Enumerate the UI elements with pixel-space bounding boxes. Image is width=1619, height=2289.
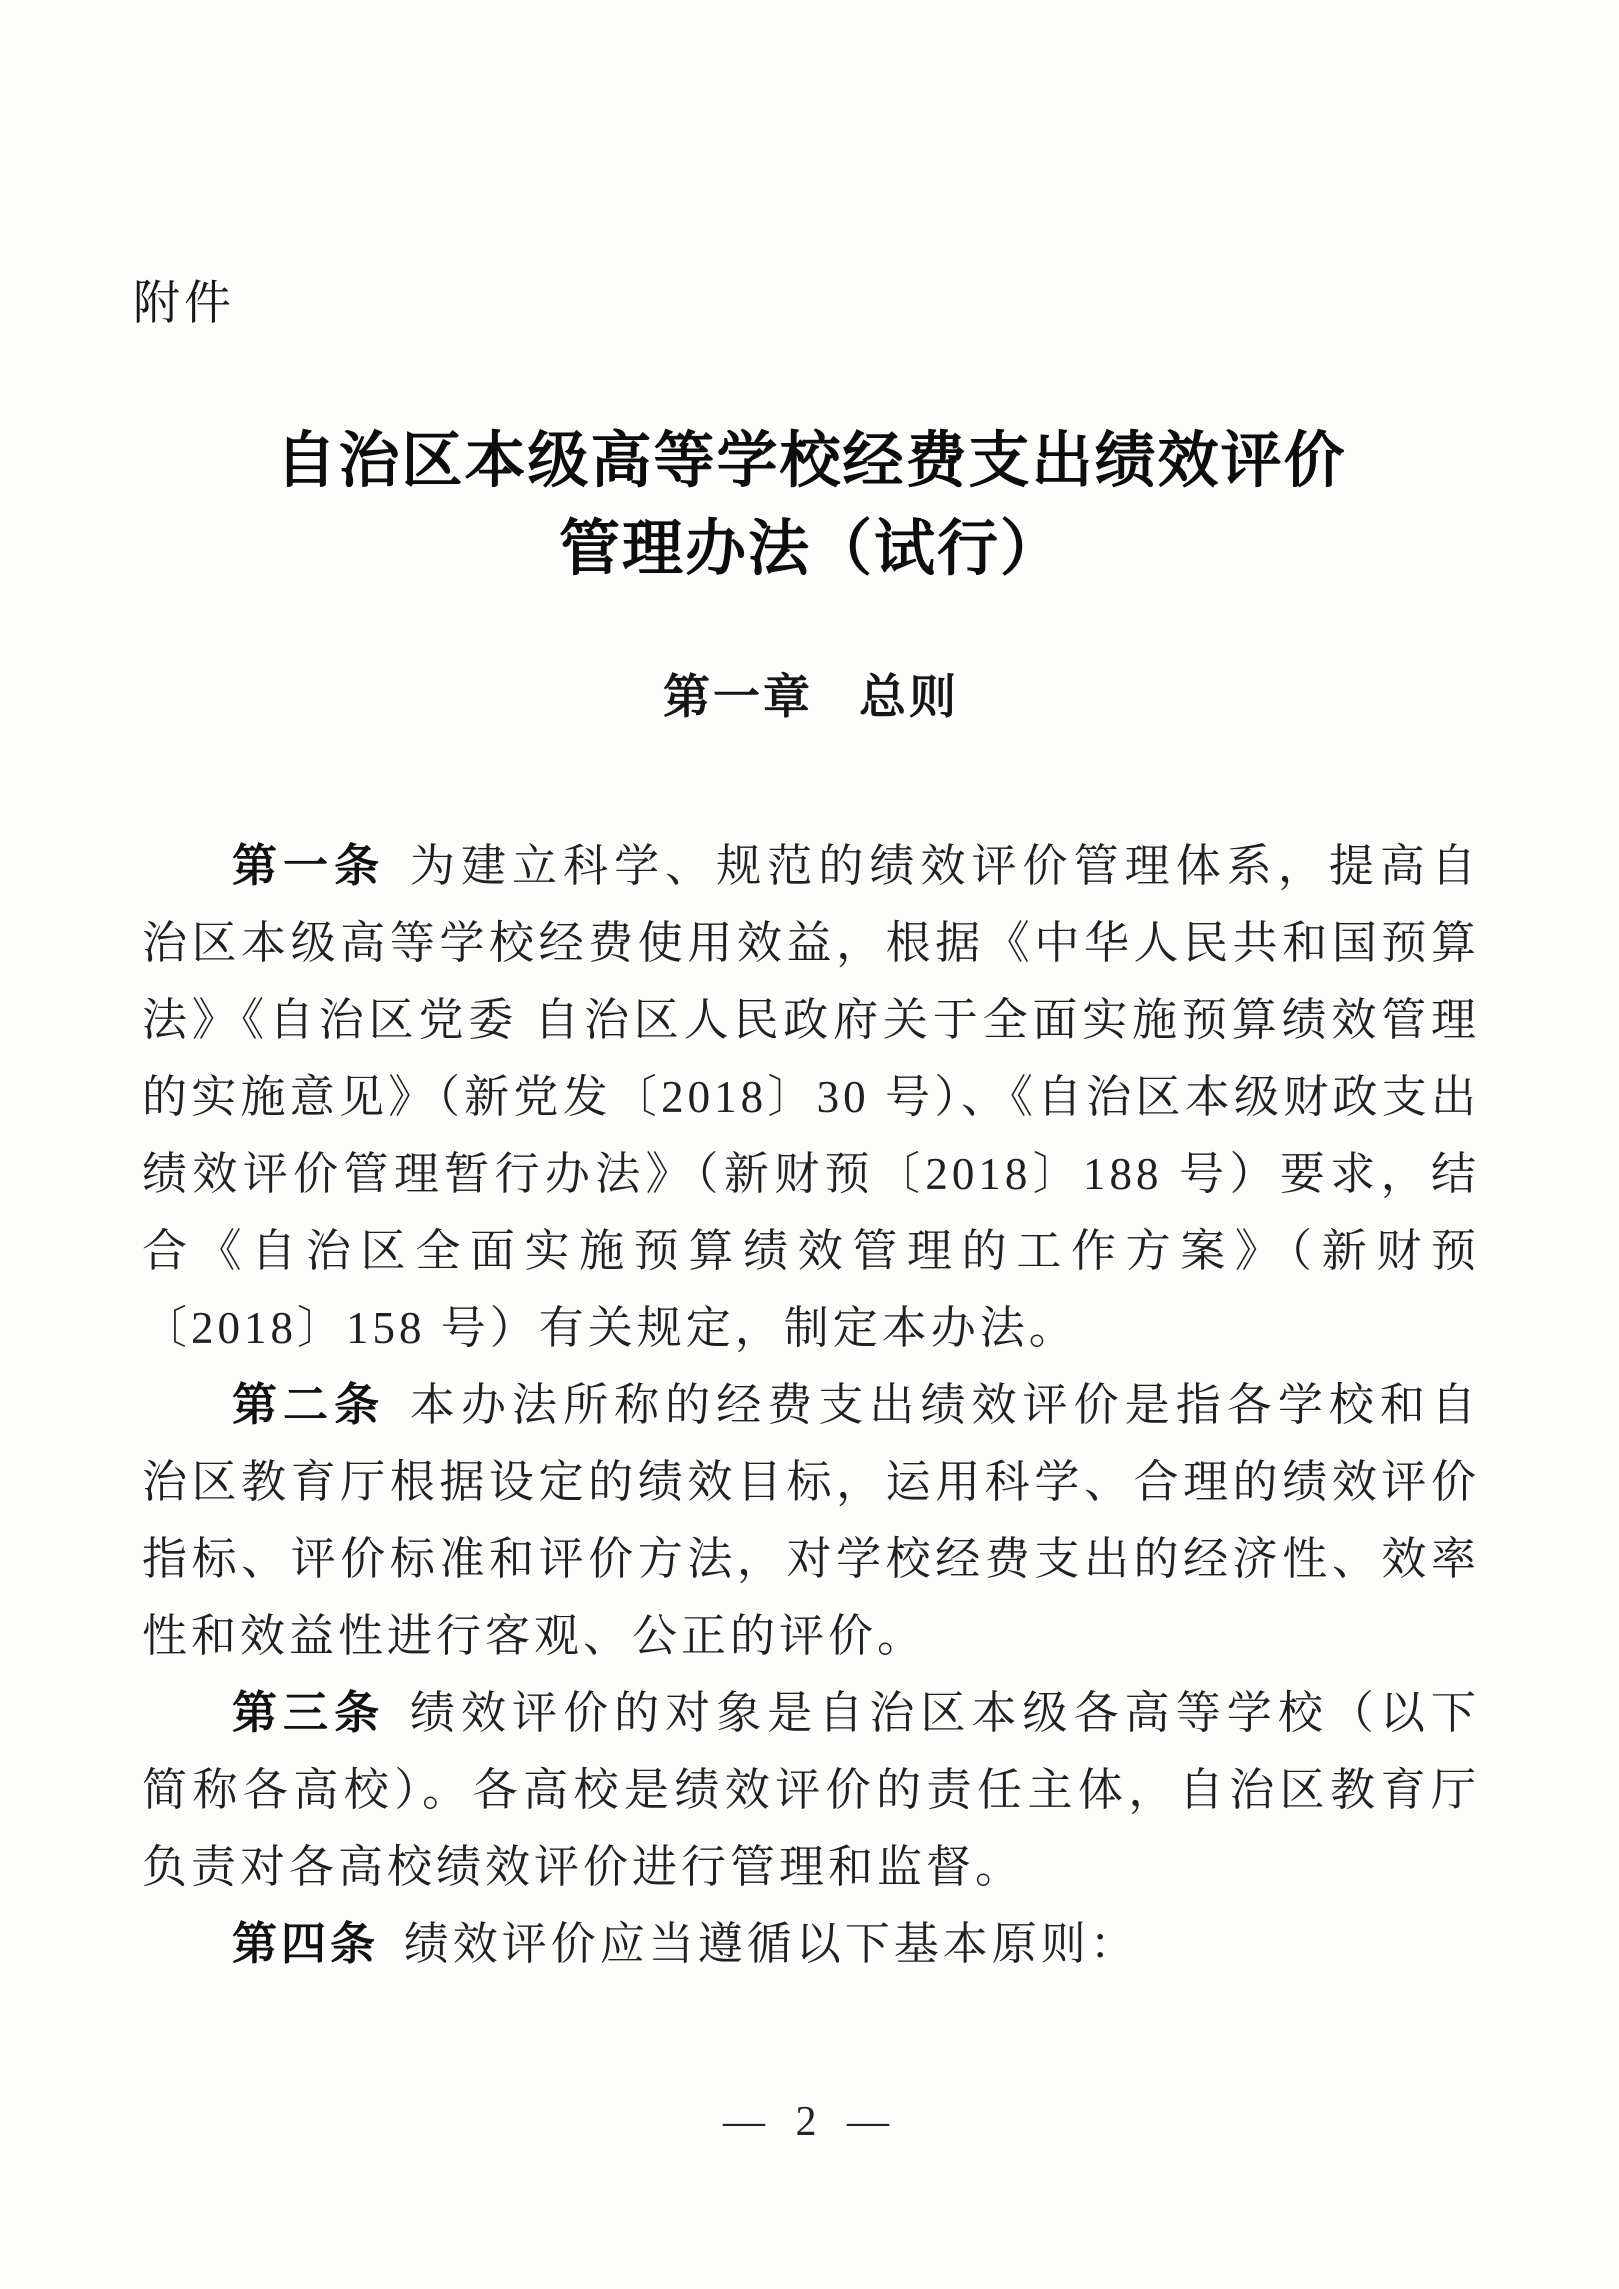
article-4-number: 第四条 — [232, 1919, 379, 1969]
article-2-number: 第二条 — [232, 1380, 385, 1430]
chapter-number: 第一章 — [663, 670, 813, 723]
attachment-label: 附件 — [133, 266, 235, 333]
article-2: 第二条本办法所称的经费支出绩效评价是指各学校和自治区教育厅根据设定的绩效目标，运… — [142, 1367, 1480, 1675]
document-title: 自治区本级高等学校经费支出绩效评价 管理办法（试行） — [142, 418, 1480, 594]
article-1: 第一条为建立科学、规范的绩效评价管理体系，提高自治区本级高等学校经费使用效益，根… — [142, 828, 1480, 1367]
page-number: — 2 — — [142, 2098, 1480, 2146]
article-3-number: 第三条 — [232, 1688, 385, 1738]
article-1-text: 为建立科学、规范的绩效评价管理体系，提高自治区本级高等学校经费使用效益，根据《中… — [142, 841, 1480, 1353]
article-1-number: 第一条 — [232, 841, 385, 891]
article-3: 第三条绩效评价的对象是自治区本级各高等学校（以下简称各高校）。各高校是绩效评价的… — [142, 1675, 1480, 1906]
document-body: 第一条为建立科学、规范的绩效评价管理体系，提高自治区本级高等学校经费使用效益，根… — [142, 828, 1480, 1983]
article-4-text: 绩效评价应当遵循以下基本原则： — [404, 1919, 1139, 1969]
title-line-1: 自治区本级高等学校经费支出绩效评价 — [142, 418, 1480, 506]
document-page: 附件 自治区本级高等学校经费支出绩效评价 管理办法（试行） 第一章总则 第一条为… — [0, 0, 1619, 2289]
chapter-heading: 第一章总则 — [142, 660, 1480, 727]
chapter-title: 总则 — [859, 670, 959, 723]
article-4: 第四条绩效评价应当遵循以下基本原则： — [142, 1906, 1480, 1983]
title-line-2: 管理办法（试行） — [142, 506, 1480, 594]
